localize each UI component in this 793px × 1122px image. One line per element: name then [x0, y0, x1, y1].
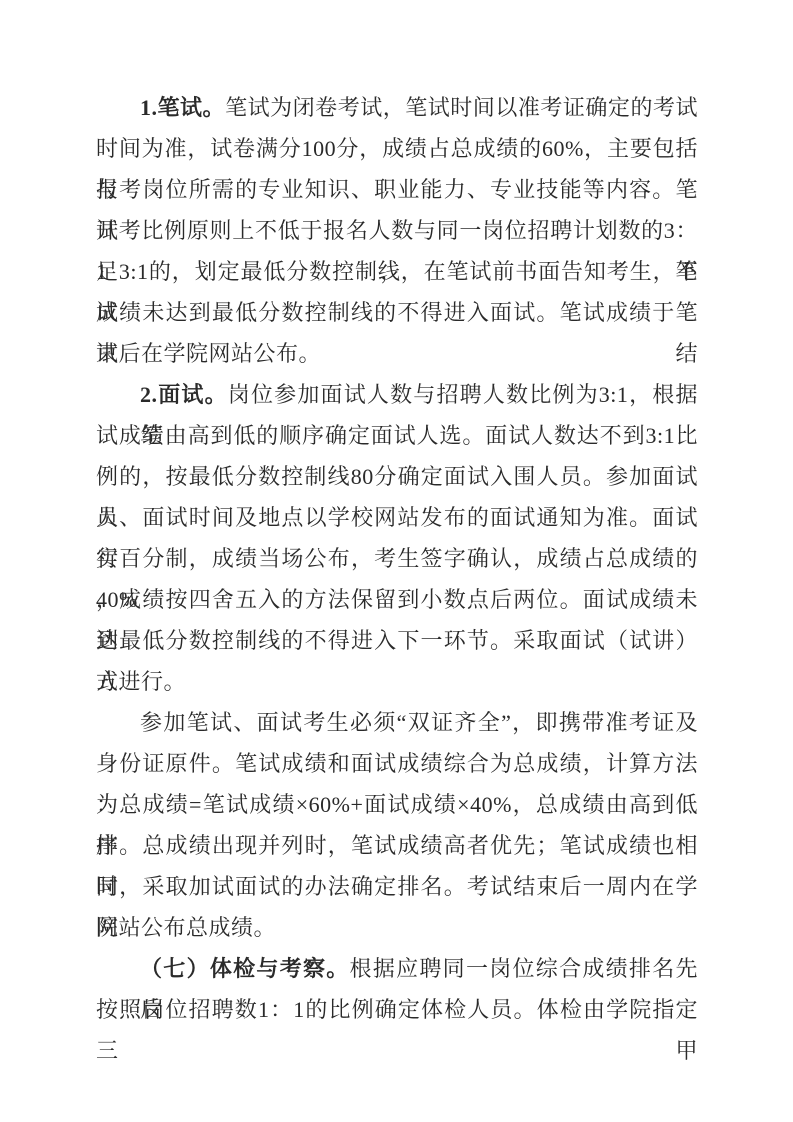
text-segment: 笔试为闭卷考试，笔试时间以准考证确定的考试	[225, 95, 698, 120]
text-line: 足3:1的，划定最低分数控制线，在笔试前书面告知考生，笔试	[96, 251, 698, 292]
text-line: 到最低分数控制线的不得进入下一环节。采取面试（试讲）方	[96, 620, 698, 661]
text-line: 行百分制，成绩当场公布，考生签字确认，成绩占总成绩的40%	[96, 538, 698, 579]
text-segment: 按照岗位招聘数1：1的比例确定体检人员。体检由学院指定三甲	[96, 997, 698, 1063]
text-line: ：总成绩=笔试成绩×60%+面试成绩×40%，总成绩由高到低排	[96, 784, 698, 825]
text-line: 试成绩由高到低的顺序确定面试人选。面试人数达不到3:1比	[96, 415, 698, 456]
text-line: （七）体检与考察。根据应聘同一岗位综合成绩排名先后	[96, 948, 698, 989]
section-heading-label: 2.面试。	[140, 382, 228, 407]
text-segment: 式进行。	[96, 669, 186, 694]
text-segment: 网站公布总成绩。	[96, 915, 276, 940]
text-line: 1.笔试。笔试为闭卷考试，笔试时间以准考证确定的考试	[96, 87, 698, 128]
text-line: 时，采取加试面试的办法确定排名。考试结束后一周内在学院	[96, 866, 698, 907]
text-segment: 参加笔试、面试考生必须“双证齐全”，即携带准考证及	[140, 710, 698, 735]
text-line: 式进行。	[96, 661, 698, 702]
section-heading-label: （七）体检与考察。	[140, 956, 350, 981]
text-line: ，成绩按四舍五入的方法保留到小数点后两位。面试成绩未达	[96, 579, 698, 620]
text-segment: 试成绩由高到低的顺序确定面试人选。面试人数达不到3:1比	[96, 423, 698, 448]
document-body: 1.笔试。笔试为闭卷考试，笔试时间以准考证确定的考试时间为准，试卷满分100分，…	[96, 87, 698, 1030]
text-line: 2.面试。岗位参加面试人数与招聘人数比例为3:1，根据笔	[96, 374, 698, 415]
text-line: 参加笔试、面试考生必须“双证齐全”，即携带准考证及	[96, 702, 698, 743]
section-heading-label: 1.笔试。	[140, 95, 225, 120]
document-page: 1.笔试。笔试为闭卷考试，笔试时间以准考证确定的考试时间为准，试卷满分100分，…	[0, 0, 793, 1122]
text-line: 例的，按最低分数控制线80分确定面试入围人员。参加面试人	[96, 456, 698, 497]
text-line: 员、面试时间及地点以学校网站发布的面试通知为准。面试实	[96, 497, 698, 538]
text-line: 成绩未达到最低分数控制线的不得进入面试。笔试成绩于笔试结	[96, 292, 698, 333]
text-line: 身份证原件。笔试成绩和面试成绩综合为总成绩，计算方法为	[96, 743, 698, 784]
text-line: 序。总成绩出现并列时，笔试成绩高者优先；笔试成绩也相同	[96, 825, 698, 866]
text-line: 时间为准，试卷满分100分，成绩占总成绩的60%，主要包括与	[96, 128, 698, 169]
text-line: 开考比例原则上不低于报名人数与同一岗位招聘计划数的3：1，不	[96, 210, 698, 251]
text-segment: 束后在学院网站公布。	[96, 341, 321, 366]
text-line: 按照岗位招聘数1：1的比例确定体检人员。体检由学院指定三甲	[96, 989, 698, 1030]
text-line: 网站公布总成绩。	[96, 907, 698, 948]
text-line: 报考岗位所需的专业知识、职业能力、专业技能等内容。笔试	[96, 169, 698, 210]
